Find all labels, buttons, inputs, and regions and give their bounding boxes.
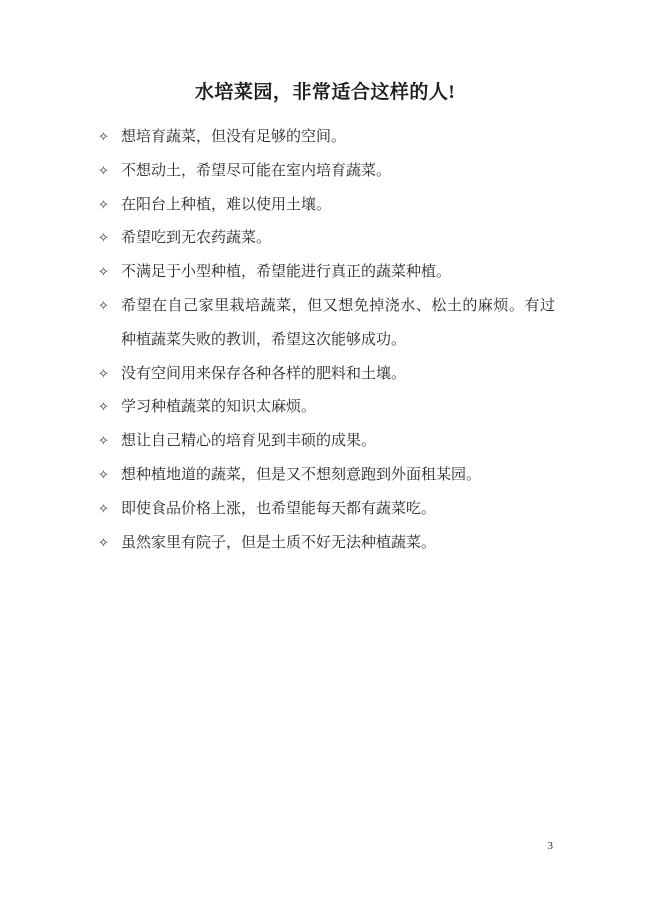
list-item-text: 没有空间用来保存各种各样的肥料和土壤。 — [121, 365, 406, 382]
list-item-text: 不想动土，希望尽可能在室内培育蔬菜。 — [121, 162, 391, 179]
list-item: ✧ 想培育蔬菜，但没有足够的空间。 — [98, 120, 555, 154]
list-item-text: 希望吃到无农药蔬菜。 — [121, 229, 271, 246]
list-item: ✧ 想让自己精心的培育见到丰硕的成果。 — [98, 424, 555, 458]
four-pointed-star-bullet-icon: ✧ — [98, 154, 109, 188]
page-number: 3 — [548, 840, 554, 852]
list-item-text: 虽然家里有院子，但是土质不好无法种植蔬菜。 — [121, 534, 436, 551]
list-item-text: 希望在自己家里栽培蔬菜，但又想免掉浇水、松土的麻烦。有过种植蔬菜失败的教训，希望… — [121, 297, 555, 348]
four-pointed-star-bullet-icon: ✧ — [98, 492, 109, 526]
list-item: ✧ 不满足于小型种植，希望能进行真正的蔬菜种植。 — [98, 255, 555, 289]
list-item-text: 想让自己精心的培育见到丰硕的成果。 — [121, 432, 376, 449]
list-item-text: 想培育蔬菜，但没有足够的空间。 — [121, 128, 346, 145]
list-item-text: 学习种植蔬菜的知识太麻烦。 — [121, 398, 316, 415]
document-page: 水培菜园，非常适合这样的人! ✧ 想培育蔬菜，但没有足够的空间。 ✧ 不想动土，… — [0, 0, 650, 919]
list-item: ✧ 学习种植蔬菜的知识太麻烦。 — [98, 390, 555, 424]
four-pointed-star-bullet-icon: ✧ — [98, 390, 109, 424]
list-item-text: 不满足于小型种植，希望能进行真正的蔬菜种植。 — [121, 263, 451, 280]
list-item: ✧ 希望吃到无农药蔬菜。 — [98, 221, 555, 255]
list-item-text: 在阳台上种植，难以使用土壤。 — [121, 196, 331, 213]
four-pointed-star-bullet-icon: ✧ — [98, 424, 109, 458]
list-item: ✧ 想种植地道的蔬菜，但是又不想刻意跑到外面租某园。 — [98, 458, 555, 492]
list-item: ✧ 希望在自己家里栽培蔬菜，但又想免掉浇水、松土的麻烦。有过种植蔬菜失败的教训，… — [98, 289, 555, 357]
four-pointed-star-bullet-icon: ✧ — [98, 255, 109, 289]
four-pointed-star-bullet-icon: ✧ — [98, 120, 109, 154]
four-pointed-star-bullet-icon: ✧ — [98, 289, 109, 323]
list-item: ✧ 没有空间用来保存各种各样的肥料和土壤。 — [98, 357, 555, 391]
bullet-list: ✧ 想培育蔬菜，但没有足够的空间。 ✧ 不想动土，希望尽可能在室内培育蔬菜。 ✧… — [0, 120, 650, 559]
four-pointed-star-bullet-icon: ✧ — [98, 458, 109, 492]
list-item: ✧ 在阳台上种植，难以使用土壤。 — [98, 188, 555, 222]
four-pointed-star-bullet-icon: ✧ — [98, 221, 109, 255]
list-item: ✧ 不想动土，希望尽可能在室内培育蔬菜。 — [98, 154, 555, 188]
four-pointed-star-bullet-icon: ✧ — [98, 188, 109, 222]
list-item-text: 想种植地道的蔬菜，但是又不想刻意跑到外面租某园。 — [121, 466, 481, 483]
list-item: ✧ 虽然家里有院子，但是土质不好无法种植蔬菜。 — [98, 526, 555, 560]
four-pointed-star-bullet-icon: ✧ — [98, 526, 109, 560]
list-item: ✧ 即使食品价格上涨，也希望能每天都有蔬菜吃。 — [98, 492, 555, 526]
four-pointed-star-bullet-icon: ✧ — [98, 357, 109, 391]
page-title: 水培菜园，非常适合这样的人! — [0, 0, 650, 106]
list-item-text: 即使食品价格上涨，也希望能每天都有蔬菜吃。 — [121, 500, 436, 517]
